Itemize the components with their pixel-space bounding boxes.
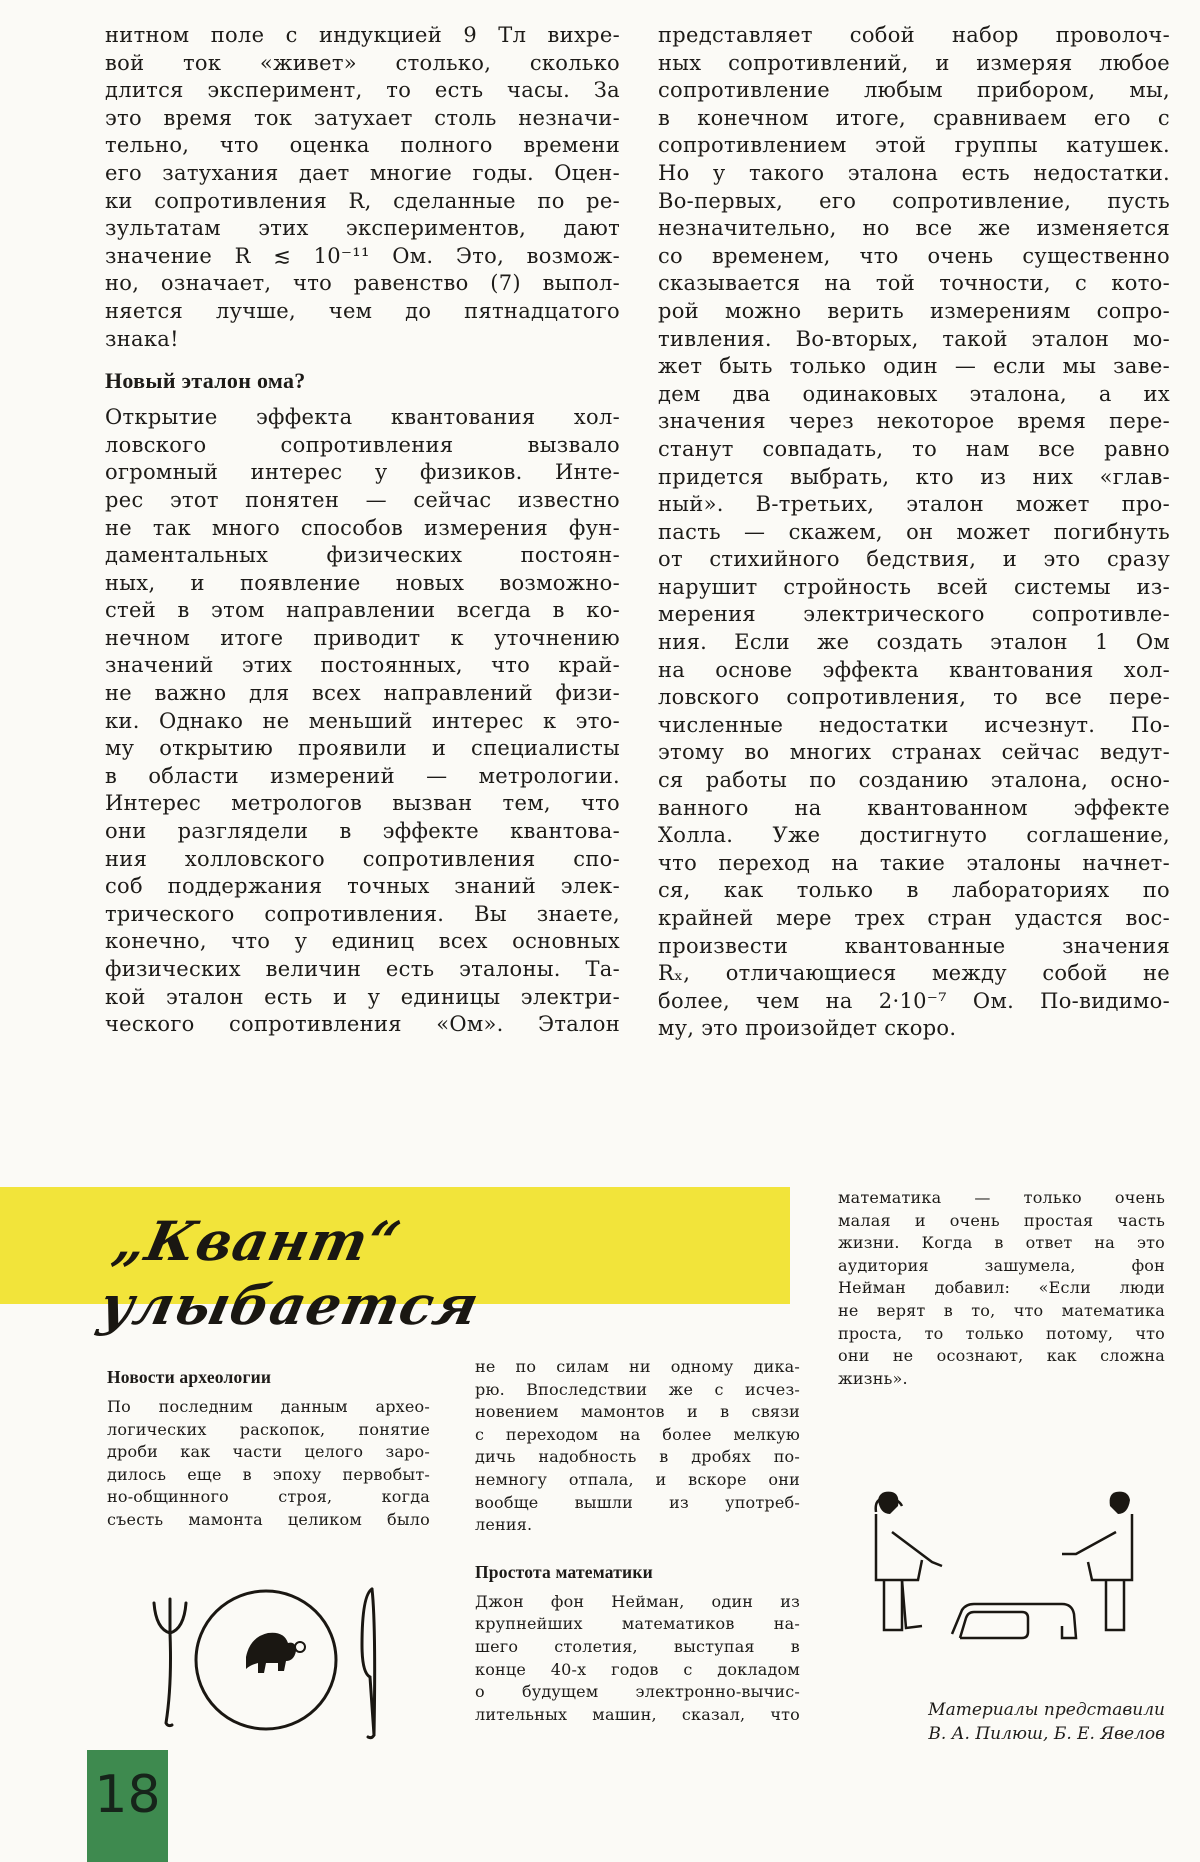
- text-line: крайней мере трех стран удастся вос-: [658, 905, 1170, 933]
- text-line: но-общинного строя, когда: [107, 1486, 430, 1509]
- text-line: жизни. Когда в ответ на это: [838, 1232, 1165, 1255]
- text-line: от стихийного бедствия, и это сразу: [658, 546, 1170, 574]
- credits-line-1: Материалы представили: [840, 1698, 1165, 1722]
- text-line: даментальных физических постоян-: [105, 542, 620, 570]
- page-number: 18: [87, 1750, 168, 1862]
- text-line: ния холловского сопротивления спо-: [105, 846, 620, 874]
- text-line: ловского сопротивления, то все пере-: [658, 684, 1170, 712]
- text-line: значение R ≲ 10⁻¹¹ Ом. Это, возмож-: [105, 243, 620, 271]
- text-line: ления.: [475, 1514, 800, 1537]
- text-line: ки сопротивления R, сделанные по ре-: [105, 188, 620, 216]
- text-line: соб поддержания точных знаний элек-: [105, 873, 620, 901]
- text-line: тивления. Во-вторых, такой эталон мо-: [658, 326, 1170, 354]
- text-line: рес этот понятен — сейчас известно: [105, 487, 620, 515]
- text-line: ся, как только в лабораториях по: [658, 877, 1170, 905]
- text-line: ния. Если же создать эталон 1 Ом: [658, 629, 1170, 657]
- text-line: няется лучше, чем до пятнадцатого: [105, 298, 620, 326]
- text-line: му, это произойдет скоро.: [658, 1015, 1170, 1043]
- text-line: конце 40-х годов с докладом: [475, 1659, 800, 1682]
- text-line: они не осознают, как сложна: [838, 1345, 1165, 1368]
- credits-line-2: В. А. Пилюш, Б. Е. Явелов: [840, 1722, 1165, 1746]
- text-line: нечном итоге приводит к уточнению: [105, 625, 620, 653]
- text-line: о будущем электронно-вычис-: [475, 1681, 800, 1704]
- text-line: сопротивление любым прибором, мы,: [658, 77, 1170, 105]
- text-line: это время ток затухает столь незначи-: [105, 105, 620, 133]
- text-line: тельно, что оценка полного времени: [105, 132, 620, 160]
- text-line: но, означает, что равенство (7) выпол-: [105, 270, 620, 298]
- article-intro-text: нитном поле с индукцией 9 Тл вихре- вой …: [105, 22, 620, 353]
- text-line: дем два одинаковых эталона, а их: [658, 381, 1170, 409]
- text-line: дичь надобность в дробях по-: [475, 1446, 800, 1469]
- text-line: с переходом на более мелкую: [475, 1424, 800, 1447]
- plate-mammoth-illustration: [150, 1585, 390, 1735]
- text-line: дилось еще в эпоху первобыт-: [107, 1464, 430, 1487]
- text-line: ловского сопротивления вызвало: [105, 432, 620, 460]
- humor-column-c: математика — только очень малая и очень …: [838, 1187, 1165, 1390]
- humor-column-b: не по силам ни одному дика- рю. Впоследс…: [475, 1356, 800, 1726]
- section-body: Открытие эффекта квантования хол- ловско…: [105, 404, 620, 1039]
- text-line: более, чем на 2·10⁻⁷ Ом. По-видимо-: [658, 988, 1170, 1016]
- text-line: вообще вышли из употреб-: [475, 1492, 800, 1515]
- text-line: аудитория зашумела, фон: [838, 1255, 1165, 1278]
- archaeology-heading: Новости археологии: [107, 1366, 430, 1388]
- text-line: придется выбрать, кто из них «глав-: [658, 464, 1170, 492]
- math-heading: Простота математики: [475, 1561, 800, 1583]
- text-line: ных, и появление новых возможно-: [105, 570, 620, 598]
- text-line: длится эксперимент, то есть часы. За: [105, 77, 620, 105]
- text-line: что переход на такие эталоны начнет-: [658, 850, 1170, 878]
- text-line: значений этих постоянных, что край-: [105, 652, 620, 680]
- text-line: По последним данным архео-: [107, 1396, 430, 1419]
- text-line: численные недостатки исчезнут. По-: [658, 712, 1170, 740]
- text-line: станут совпадать, то нам все равно: [658, 436, 1170, 464]
- text-line: Нейман добавил: «Если люди: [838, 1277, 1165, 1300]
- paperclip-icon: [952, 1604, 1076, 1638]
- text-line: представляет собой набор проволоч-: [658, 22, 1170, 50]
- text-line: лительных машин, сказал, что: [475, 1704, 800, 1727]
- text-line: не так много способов измерения фун-: [105, 515, 620, 543]
- text-line: математика — только очень: [838, 1187, 1165, 1210]
- text-line: нитном поле с индукцией 9 Тл вихре-: [105, 22, 620, 50]
- humor-column-a: Новости археологии По последним данным а…: [107, 1366, 430, 1532]
- text-line: трического сопротивления. Вы знаете,: [105, 901, 620, 929]
- text-line: съесть мамонта целиком было: [107, 1509, 430, 1532]
- cartoon-illustration: [862, 1470, 1162, 1660]
- text-line: проста, то только потому, что: [838, 1323, 1165, 1346]
- text-line: его затухания дает многие годы. Оцен-: [105, 160, 620, 188]
- text-line: не важно для всех направлений физи-: [105, 680, 620, 708]
- text-line: ческого сопротивления «Ом». Эталон: [105, 1011, 620, 1039]
- text-line: новением мамонтов и в связи: [475, 1401, 800, 1424]
- text-line: мерения электрического сопротивле-: [658, 601, 1170, 629]
- mammoth-icon: [246, 1633, 305, 1673]
- fork-icon: [154, 1599, 186, 1726]
- text-line: произвести квантованные значения: [658, 933, 1170, 961]
- text-line: огромный интерес у физиков. Инте-: [105, 459, 620, 487]
- text-line: зультатам этих экспериментов, дают: [105, 215, 620, 243]
- text-line: ванного на квантованном эффекте: [658, 795, 1170, 823]
- text-line: логических раскопок, понятие: [107, 1419, 430, 1442]
- text-line: Во-первых, его сопротивление, пусть: [658, 188, 1170, 216]
- text-line: крупнейших математиков на-: [475, 1613, 800, 1636]
- text-line: шего столетия, выступая в: [475, 1636, 800, 1659]
- article-column-left: нитном поле с индукцией 9 Тл вихре- вой …: [105, 22, 620, 1039]
- man-left-icon: [876, 1498, 942, 1630]
- text-line: Но у такого эталона есть недостатки.: [658, 160, 1170, 188]
- text-line: они разглядели в эффекте квантова-: [105, 818, 620, 846]
- credits: Материалы представили В. А. Пилюш, Б. Е.…: [840, 1698, 1165, 1746]
- text-line: сказывается на той точности, с кото-: [658, 270, 1170, 298]
- text-line: со временем, что очень существенно: [658, 243, 1170, 271]
- text-line: сопротивлением этой группы катушек.: [658, 132, 1170, 160]
- text-line: в конечном итоге, сравниваем его с: [658, 105, 1170, 133]
- text-line: стей в этом направлении всегда в ко-: [105, 597, 620, 625]
- text-line: вой ток «живет» столько, сколько: [105, 50, 620, 78]
- banner-title: „Квант“ улыбается: [94, 1209, 803, 1337]
- text-line: рю. Впоследствии же с исчез-: [475, 1379, 800, 1402]
- text-line: Rₓ, отличающиеся между собой не: [658, 960, 1170, 988]
- text-line: му открытию проявили и специалисты: [105, 735, 620, 763]
- text-line: малая и очень простая часть: [838, 1210, 1165, 1233]
- text-line: жет быть только один — если мы заве-: [658, 353, 1170, 381]
- text-line: рой можно верить измерениям сопро-: [658, 298, 1170, 326]
- knife-icon: [362, 1589, 375, 1738]
- text-line: дроби как части целого заро-: [107, 1441, 430, 1464]
- text-line: в области измерений — метрологии.: [105, 763, 620, 791]
- text-line: немногу отпала, и вскоре они: [475, 1469, 800, 1492]
- text-line: кой эталон есть и у единицы электри-: [105, 984, 620, 1012]
- text-line: не верят в то, что математика: [838, 1300, 1165, 1323]
- text-line: ных сопротивлений, и измеряя любое: [658, 50, 1170, 78]
- text-line: знака!: [105, 326, 620, 354]
- text-line: ки. Однако не меньший интерес к это-: [105, 708, 620, 736]
- text-line: незначительно, но все же изменяется: [658, 215, 1170, 243]
- text-line: нарушит стройность всей системы из-: [658, 574, 1170, 602]
- text-line: этому во многих странах сейчас ведут-: [658, 739, 1170, 767]
- section-banner: „Квант“ улыбается: [0, 1187, 790, 1304]
- text-line: ся работы по созданию эталона, осно-: [658, 767, 1170, 795]
- text-line: конечно, что у единиц всех основных: [105, 928, 620, 956]
- text-line: пасть — скажем, он может погибнуть: [658, 519, 1170, 547]
- text-line: жизнь».: [838, 1368, 1165, 1391]
- text-line: Интерес метрологов вызван тем, что: [105, 790, 620, 818]
- text-line: на основе эффекта квантования хол-: [658, 657, 1170, 685]
- text-line: Холла. Уже достигнуто соглашение,: [658, 822, 1170, 850]
- article-column-right: представляет собой набор проволоч- ных с…: [658, 22, 1170, 1043]
- text-line: ный». В-третьих, эталон может про-: [658, 491, 1170, 519]
- text-line: Джон фон Нейман, один из: [475, 1591, 800, 1614]
- text-line: значения через некоторое время пере-: [658, 408, 1170, 436]
- text-line: Открытие эффекта квантования хол-: [105, 404, 620, 432]
- text-line: физических величин есть эталоны. Та-: [105, 956, 620, 984]
- section-heading: Новый эталон ома?: [105, 367, 620, 394]
- text-line: не по силам ни одному дика-: [475, 1356, 800, 1379]
